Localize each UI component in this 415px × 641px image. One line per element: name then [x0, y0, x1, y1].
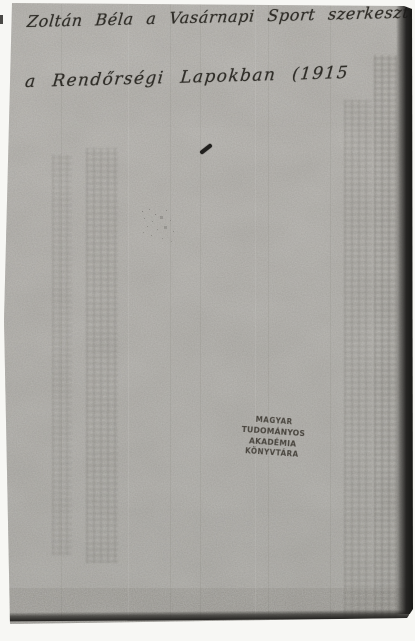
paper-crease: [330, 4, 331, 620]
paper-crease: [268, 4, 269, 620]
ghost-text-column: [86, 148, 118, 563]
paper-crease: [170, 4, 171, 620]
speckle-stain: [140, 208, 141, 209]
paper-crease: [200, 4, 201, 620]
ghost-text-column: [344, 100, 372, 630]
scanned-card-back: Zoltán Béla a Vasárnapi Sport szerkesztő…: [0, 0, 415, 641]
paper-crease: [128, 4, 129, 620]
paper-crease: [255, 4, 256, 620]
scan-corner-mark: [0, 15, 3, 24]
postcard-back-paper: Zoltán Béla a Vasárnapi Sport szerkesztő…: [0, 0, 415, 641]
card-edge-shadow-right: [396, 4, 413, 614]
library-stamp: MAGYAR TUDOMÁNYOS AKADÉMIA KÖNYVTÁRA: [219, 412, 327, 461]
card-edge-shadow-bottom: [8, 610, 409, 622]
ghost-text-column: [52, 155, 72, 555]
ghost-text-column: [374, 55, 397, 630]
paper-crease: [61, 4, 62, 620]
